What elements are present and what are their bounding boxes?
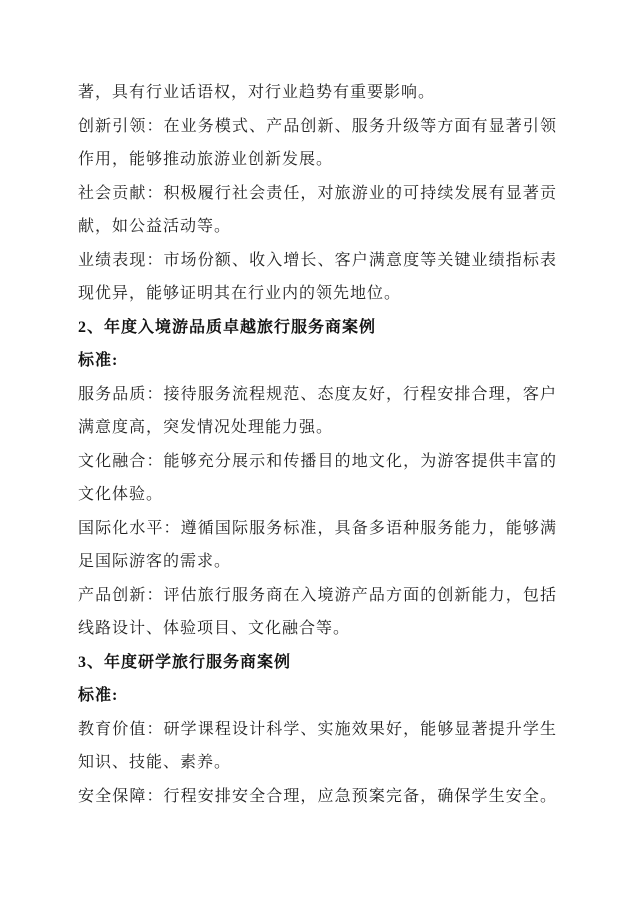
heading-line: 2、年度入境游品质卓越旅行服务商案例 [78,311,557,345]
heading-line: 标准: [78,344,557,378]
body-text-line: 国际化水平：遵循国际服务标准，具备多语种服务能力，能够满 [78,512,557,546]
body-text-line: 足国际游客的需求。 [78,545,557,579]
body-text-line: 文化融合：能够充分展示和传播目的地文化，为游客提供丰富的 [78,445,557,479]
body-text-line: 现优异，能够证明其在行业内的领先地位。 [78,277,557,311]
body-text-line: 献，如公益活动等。 [78,210,557,244]
body-text-line: 社会贡献：积极履行社会责任，对旅游业的可持续发展有显著贡 [78,177,557,211]
text-block: 著，具有行业话语权，对行业趋势有重要影响。创新引领：在业务模式、产品创新、服务升… [78,76,557,813]
body-text-line: 满意度高，突发情况处理能力强。 [78,411,557,445]
body-text-line: 服务品质：接待服务流程规范、态度友好，行程安排合理，客户 [78,378,557,412]
body-text-line: 业绩表现：市场份额、收入增长、客户满意度等关键业绩指标表 [78,244,557,278]
heading-line: 3、年度研学旅行服务商案例 [78,646,557,680]
body-text-line: 作用，能够推动旅游业创新发展。 [78,143,557,177]
body-text-line: 产品创新：评估旅行服务商在入境游产品方面的创新能力，包括 [78,579,557,613]
document-page: 著，具有行业话语权，对行业趋势有重要影响。创新引领：在业务模式、产品创新、服务升… [0,0,635,897]
body-text-line: 安全保障：行程安排安全合理，应急预案完备，确保学生安全。 [78,780,557,814]
body-text-line: 文化体验。 [78,478,557,512]
body-text-line: 创新引领：在业务模式、产品创新、服务升级等方面有显著引领 [78,110,557,144]
body-text-line: 著，具有行业话语权，对行业趋势有重要影响。 [78,76,557,110]
body-text-line: 教育价值：研学课程设计科学、实施效果好，能够显著提升学生 [78,713,557,747]
body-text-line: 知识、技能、素养。 [78,746,557,780]
body-text-line: 线路设计、体验项目、文化融合等。 [78,612,557,646]
heading-line: 标准: [78,679,557,713]
